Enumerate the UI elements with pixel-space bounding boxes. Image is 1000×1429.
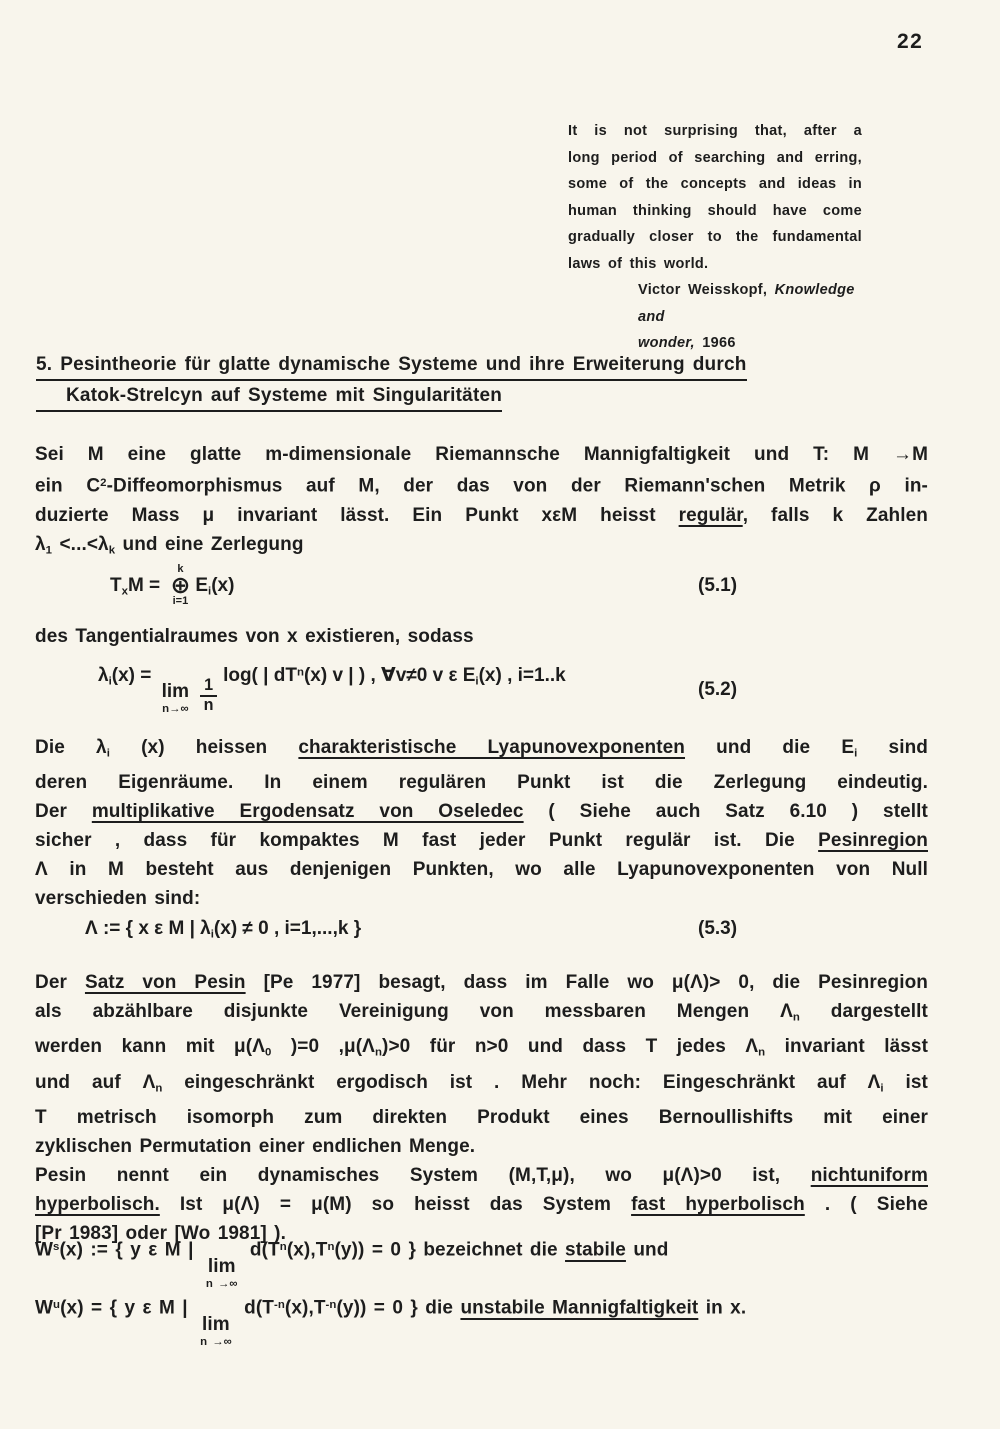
body-line: Pesin nennt ein dynamisches System (M,T,… [35,1161,928,1190]
body-line: Sei M eine glatte m-dimensionale Riemann… [35,440,928,469]
superscript: -n [326,1299,337,1311]
body-line: Der multiplikative Ergodensatz von Osele… [35,797,928,826]
subscript: n [375,1047,382,1059]
epigraph-attribution-line2: wonder, 1966 [638,330,862,357]
body-line: T metrisch isomorph zum direkten Produkt… [35,1103,928,1132]
underlined-term: fast hyperbolisch [631,1194,805,1215]
equation-number: (5.2) [698,679,737,701]
quote-line: It is not surprising that, after a [568,118,862,145]
equation-number: (5.3) [698,918,737,940]
limit-operator: limn →∞ [206,1257,238,1290]
direct-sum-operator: k⊕i=1 [170,565,190,607]
superscript: n [280,1241,287,1253]
book-title: wonder, [638,335,695,351]
underlined-term: stabile [565,1240,626,1261]
body-line: werden kann mit μ(Λ0 )=0 ,μ(Λn)>0 für n>… [35,1032,928,1067]
underlined-term: Pesinregion [818,830,928,851]
body-line: ein C2-Diffeomorphismus auf M, der das v… [35,469,928,501]
page-number: 22 [897,30,923,54]
quote-line: long period of searching and erring, [568,145,862,172]
body-line: Der Satz von Pesin [Pe 1977] besagt, das… [35,968,928,997]
equation-number: (5.1) [698,575,737,597]
quote-line: some of the concepts and ideas in [568,171,862,198]
body-line: Λ in M besteht aus denjenigen Punkten, w… [35,855,928,884]
lambda-symbol: λ [98,534,109,555]
heading-line-2-wrap: Katok-Strelcyn auf Systeme mit Singulari… [36,385,936,412]
superscript: n [297,667,304,679]
lambda-symbol: λ [35,534,46,555]
epigraph: It is not surprising that, after a long … [568,118,862,357]
underlined-term: regulär [679,505,743,526]
fraction-1-over-n: 1n [200,677,217,714]
underlined-term: nichtuniform [811,1165,928,1186]
epigraph-attribution: Victor Weisskopf, Knowledge and [638,277,862,330]
tangent-space-line: des Tangentialraumes von x existieren, s… [35,622,928,651]
equation-5-1: TxM = k⊕i=1Ei(x) (5.1) [35,558,928,614]
body-line: hyperbolisch. Ist μ(Λ) = μ(M) so heisst … [35,1190,928,1219]
underlined-term: Satz von Pesin [85,972,246,993]
scanned-page: 22 It is not surprising that, after a lo… [0,0,1000,1429]
body-line: deren Eigenräume. In einem regulären Pun… [35,768,928,797]
limit-operator: limn→∞ [162,682,189,715]
unstable-manifold-line: Wu(x) = { y ε M | limn →∞ d(T-n(x),T-n(y… [35,1292,945,1348]
underlined-term: multiplikative Ergodensatz von Oseledec [92,801,524,822]
heading-line-2: Katok-Strelcyn auf Systeme mit Singulari… [36,385,502,412]
stable-manifold-line: Ws(x) := { y ε M | limn →∞ d(Tn(x),Tn(y)… [35,1234,945,1290]
body-line: sicher , dass für kompaktes M fast jeder… [35,826,928,855]
body-line: Die λi (x) heissen charakteristische Lya… [35,733,928,768]
quote-line: gradually closer to the fundamental [568,224,862,251]
paragraph-1: Sei M eine glatte m-dimensionale Riemann… [35,440,928,565]
body-line: duzierte Mass μ invariant lässt. Ein Pun… [35,501,928,530]
body-line: zyklischen Permutation einer endlichen M… [35,1132,928,1161]
quote-line: laws of this world. [568,251,862,278]
paragraph-2: Die λi (x) heissen charakteristische Lya… [35,733,928,913]
limit-operator: limn →∞ [200,1315,232,1348]
body-line: als abzählbare disjunkte Vereinigung von… [35,997,928,1032]
equation-5-3: Λ := { x ε M | λi(x) ≠ 0 , i=1,...,k } (… [35,908,928,950]
underlined-term: hyperbolisch. [35,1194,160,1215]
body-line: des Tangentialraumes von x existieren, s… [35,622,928,651]
underlined-term: unstabile Mannigfaltigkeit [460,1298,698,1319]
body-line: und auf Λn eingeschränkt ergodisch ist .… [35,1068,928,1103]
paragraph-3: Der Satz von Pesin [Pe 1977] besagt, das… [35,968,928,1248]
underlined-term: charakteristische Lyapunovexponenten [298,737,685,758]
superscript: n [327,1241,334,1253]
heading-line-1: 5. Pesintheorie für glatte dynamische Sy… [36,354,747,381]
quote-line: human thinking should have come [568,198,862,225]
lambda-symbol: λ [98,665,109,686]
superscript: -n [274,1299,285,1311]
section-heading: 5. Pesintheorie für glatte dynamische Sy… [36,354,936,412]
subscript: n [793,1011,800,1023]
equation-5-2: λi(x) = limn→∞1nlog( | dTn(x) v | ) , ∀v… [35,662,928,718]
